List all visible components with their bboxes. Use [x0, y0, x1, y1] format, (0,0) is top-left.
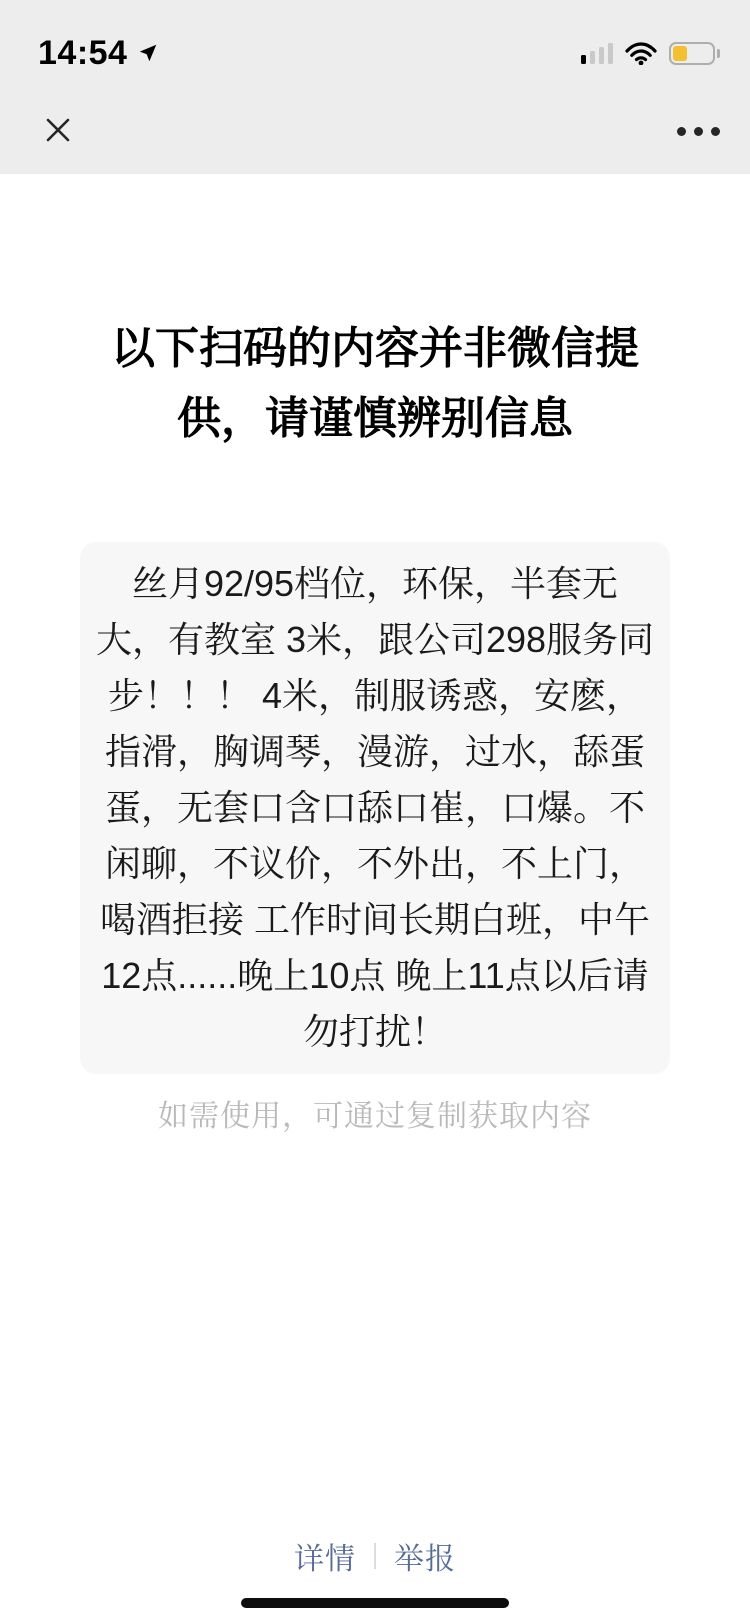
warning-title-line: 供，请谨慎辨别信息: [0, 384, 750, 454]
close-button[interactable]: [40, 112, 76, 151]
footer-divider: [374, 1543, 376, 1569]
content-line: 12点......晚上10点 晚上11点以后请: [88, 948, 662, 1004]
header: 14:54: [0, 0, 750, 174]
more-icon: [677, 127, 720, 136]
status-bar: 14:54: [0, 0, 750, 88]
warning-title-line: 以下扫码的内容并非微信提: [0, 314, 750, 384]
content-line: 蛋，无套口含口舔口崔，口爆。不: [88, 780, 662, 836]
detail-link[interactable]: 详情: [294, 1534, 356, 1578]
status-left: 14:54: [38, 34, 159, 73]
warning-title: 以下扫码的内容并非微信提 供，请谨慎辨别信息: [0, 314, 750, 454]
wechat-scan-result-screen: 14:54: [0, 0, 750, 1624]
content-line: 勿打扰！: [88, 1004, 662, 1060]
report-link[interactable]: 举报: [394, 1534, 456, 1578]
more-button[interactable]: [677, 127, 720, 136]
cellular-signal-icon: [581, 42, 613, 64]
copy-hint: 如需使用，可通过复制获取内容: [0, 1096, 750, 1138]
footer-links: 详情 举报: [0, 1534, 750, 1578]
status-time: 14:54: [38, 34, 127, 73]
content-line: 大，有教室 3米，跟公司298服务同: [88, 612, 662, 668]
close-icon: [40, 112, 76, 151]
location-arrow-icon: [137, 42, 159, 64]
content-line: 指滑，胸调琴，漫游，过水，舔蛋: [88, 724, 662, 780]
home-indicator[interactable]: [241, 1598, 509, 1608]
footer: 详情 举报: [0, 1514, 750, 1624]
content-line: 喝酒拒接 工作时间长期白班，中午: [88, 892, 662, 948]
status-right: [581, 41, 720, 65]
battery-icon: [669, 42, 720, 65]
content-line: 丝月92/95档位，环保，半套无: [88, 556, 662, 612]
nav-bar: [0, 88, 750, 174]
content-line: 闲聊，不议价，不外出，不上门，: [88, 836, 662, 892]
wifi-icon: [625, 41, 657, 65]
battery-fill: [673, 46, 687, 61]
main-content: 以下扫码的内容并非微信提 供，请谨慎辨别信息 丝月92/95档位，环保，半套无 …: [0, 314, 750, 1138]
scanned-content-box[interactable]: 丝月92/95档位，环保，半套无 大，有教室 3米，跟公司298服务同 步！！！…: [80, 542, 670, 1074]
content-line: 步！！！ 4米，制服诱惑，安麽，: [88, 668, 662, 724]
